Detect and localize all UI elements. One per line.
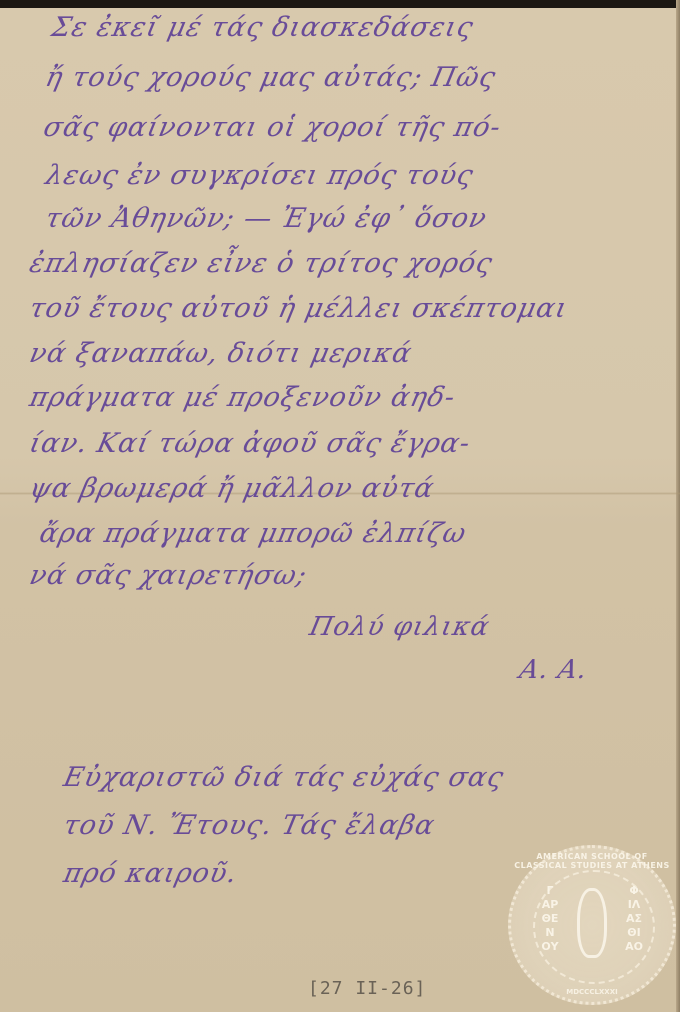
postscript-line: Εὐχαριστῶ διά τάς εὐχάς σας	[61, 762, 507, 793]
letter-line: ἄρα πράγματα μπορῶ ἐλπίζω	[37, 518, 470, 549]
letter-closing: Πολύ φιλικά	[307, 612, 493, 642]
seal-letter: ΙΛ	[619, 898, 649, 912]
seal-letter: ΟΥ	[535, 940, 565, 954]
seal-letter: Ν	[535, 926, 565, 940]
postscript-line: τοῦ Ν. Ἔτους. Τάς ἔλαβα	[61, 810, 438, 841]
letter-line: τῶν Ἀθηνῶν; — Ἐγώ ἐφ᾽ ὅσον	[43, 203, 490, 234]
postscript-line: πρό καιροῦ.	[61, 858, 241, 889]
seal-letter: ΘΙ	[619, 926, 649, 940]
letter-line: λεως ἐν συγκρίσει πρός τούς	[43, 160, 477, 191]
letter-signature: Α. Α.	[517, 655, 591, 685]
seal-date-text: MDCCCLXXXI	[511, 988, 673, 996]
seal-letter: ΑΟ	[619, 940, 649, 954]
seal-greek-left: Γ ΑΡ ΘΕ Ν ΟΥ	[535, 884, 565, 954]
letter-line: νά ξαναπάω, διότι μερικά	[27, 338, 415, 369]
letter-line: νά σᾶς χαιρετήσω;	[27, 560, 310, 591]
letter-line: ἐπλησίαζεν εἶνε ὁ τρίτος χορός	[27, 248, 496, 279]
letter-line: ίαν. Καί τώρα ἀφοῦ σᾶς ἔγρα-	[27, 428, 474, 459]
letter-line: ψα βρωμερά ἤ μᾶλλον αὐτά	[27, 473, 438, 504]
letter-line: τοῦ ἔτους αὐτοῦ ἡ μέλλει σκέπτομαι	[27, 293, 571, 324]
archive-reference-number: [27 ΙΙ-26]	[308, 978, 426, 999]
letter-line: σᾶς φαίνονται οἱ χοροί τῆς πό-	[41, 112, 504, 143]
scanned-letter-page: Σε ἐκεῖ μέ τάς διασκεδάσεις ἤ τούς χορού…	[0, 0, 680, 1012]
scan-right-edge	[676, 0, 680, 1012]
seal-letter: Φ	[619, 884, 649, 898]
letter-line: πράγματα μέ προξενοῦν ἀηδ-	[27, 382, 459, 413]
seal-ring-text: AMERICAN SCHOOL OF CLASSICAL STUDIES AT …	[511, 852, 673, 870]
letter-line: Σε ἐκεῖ μέ τάς διασκεδάσεις	[49, 12, 477, 43]
seal-letter: Γ	[535, 884, 565, 898]
institution-seal-stamp: AMERICAN SCHOOL OF CLASSICAL STUDIES AT …	[508, 845, 676, 1005]
letter-line: ἤ τούς χορούς μας αὐτάς; Πῶς	[43, 62, 499, 93]
seal-letter: ΑΣ	[619, 912, 649, 926]
amphora-icon	[577, 888, 607, 958]
scan-top-border	[0, 0, 680, 8]
seal-letter: ΑΡ	[535, 898, 565, 912]
seal-greek-right: Φ ΙΛ ΑΣ ΘΙ ΑΟ	[619, 884, 649, 954]
seal-letter: ΘΕ	[535, 912, 565, 926]
